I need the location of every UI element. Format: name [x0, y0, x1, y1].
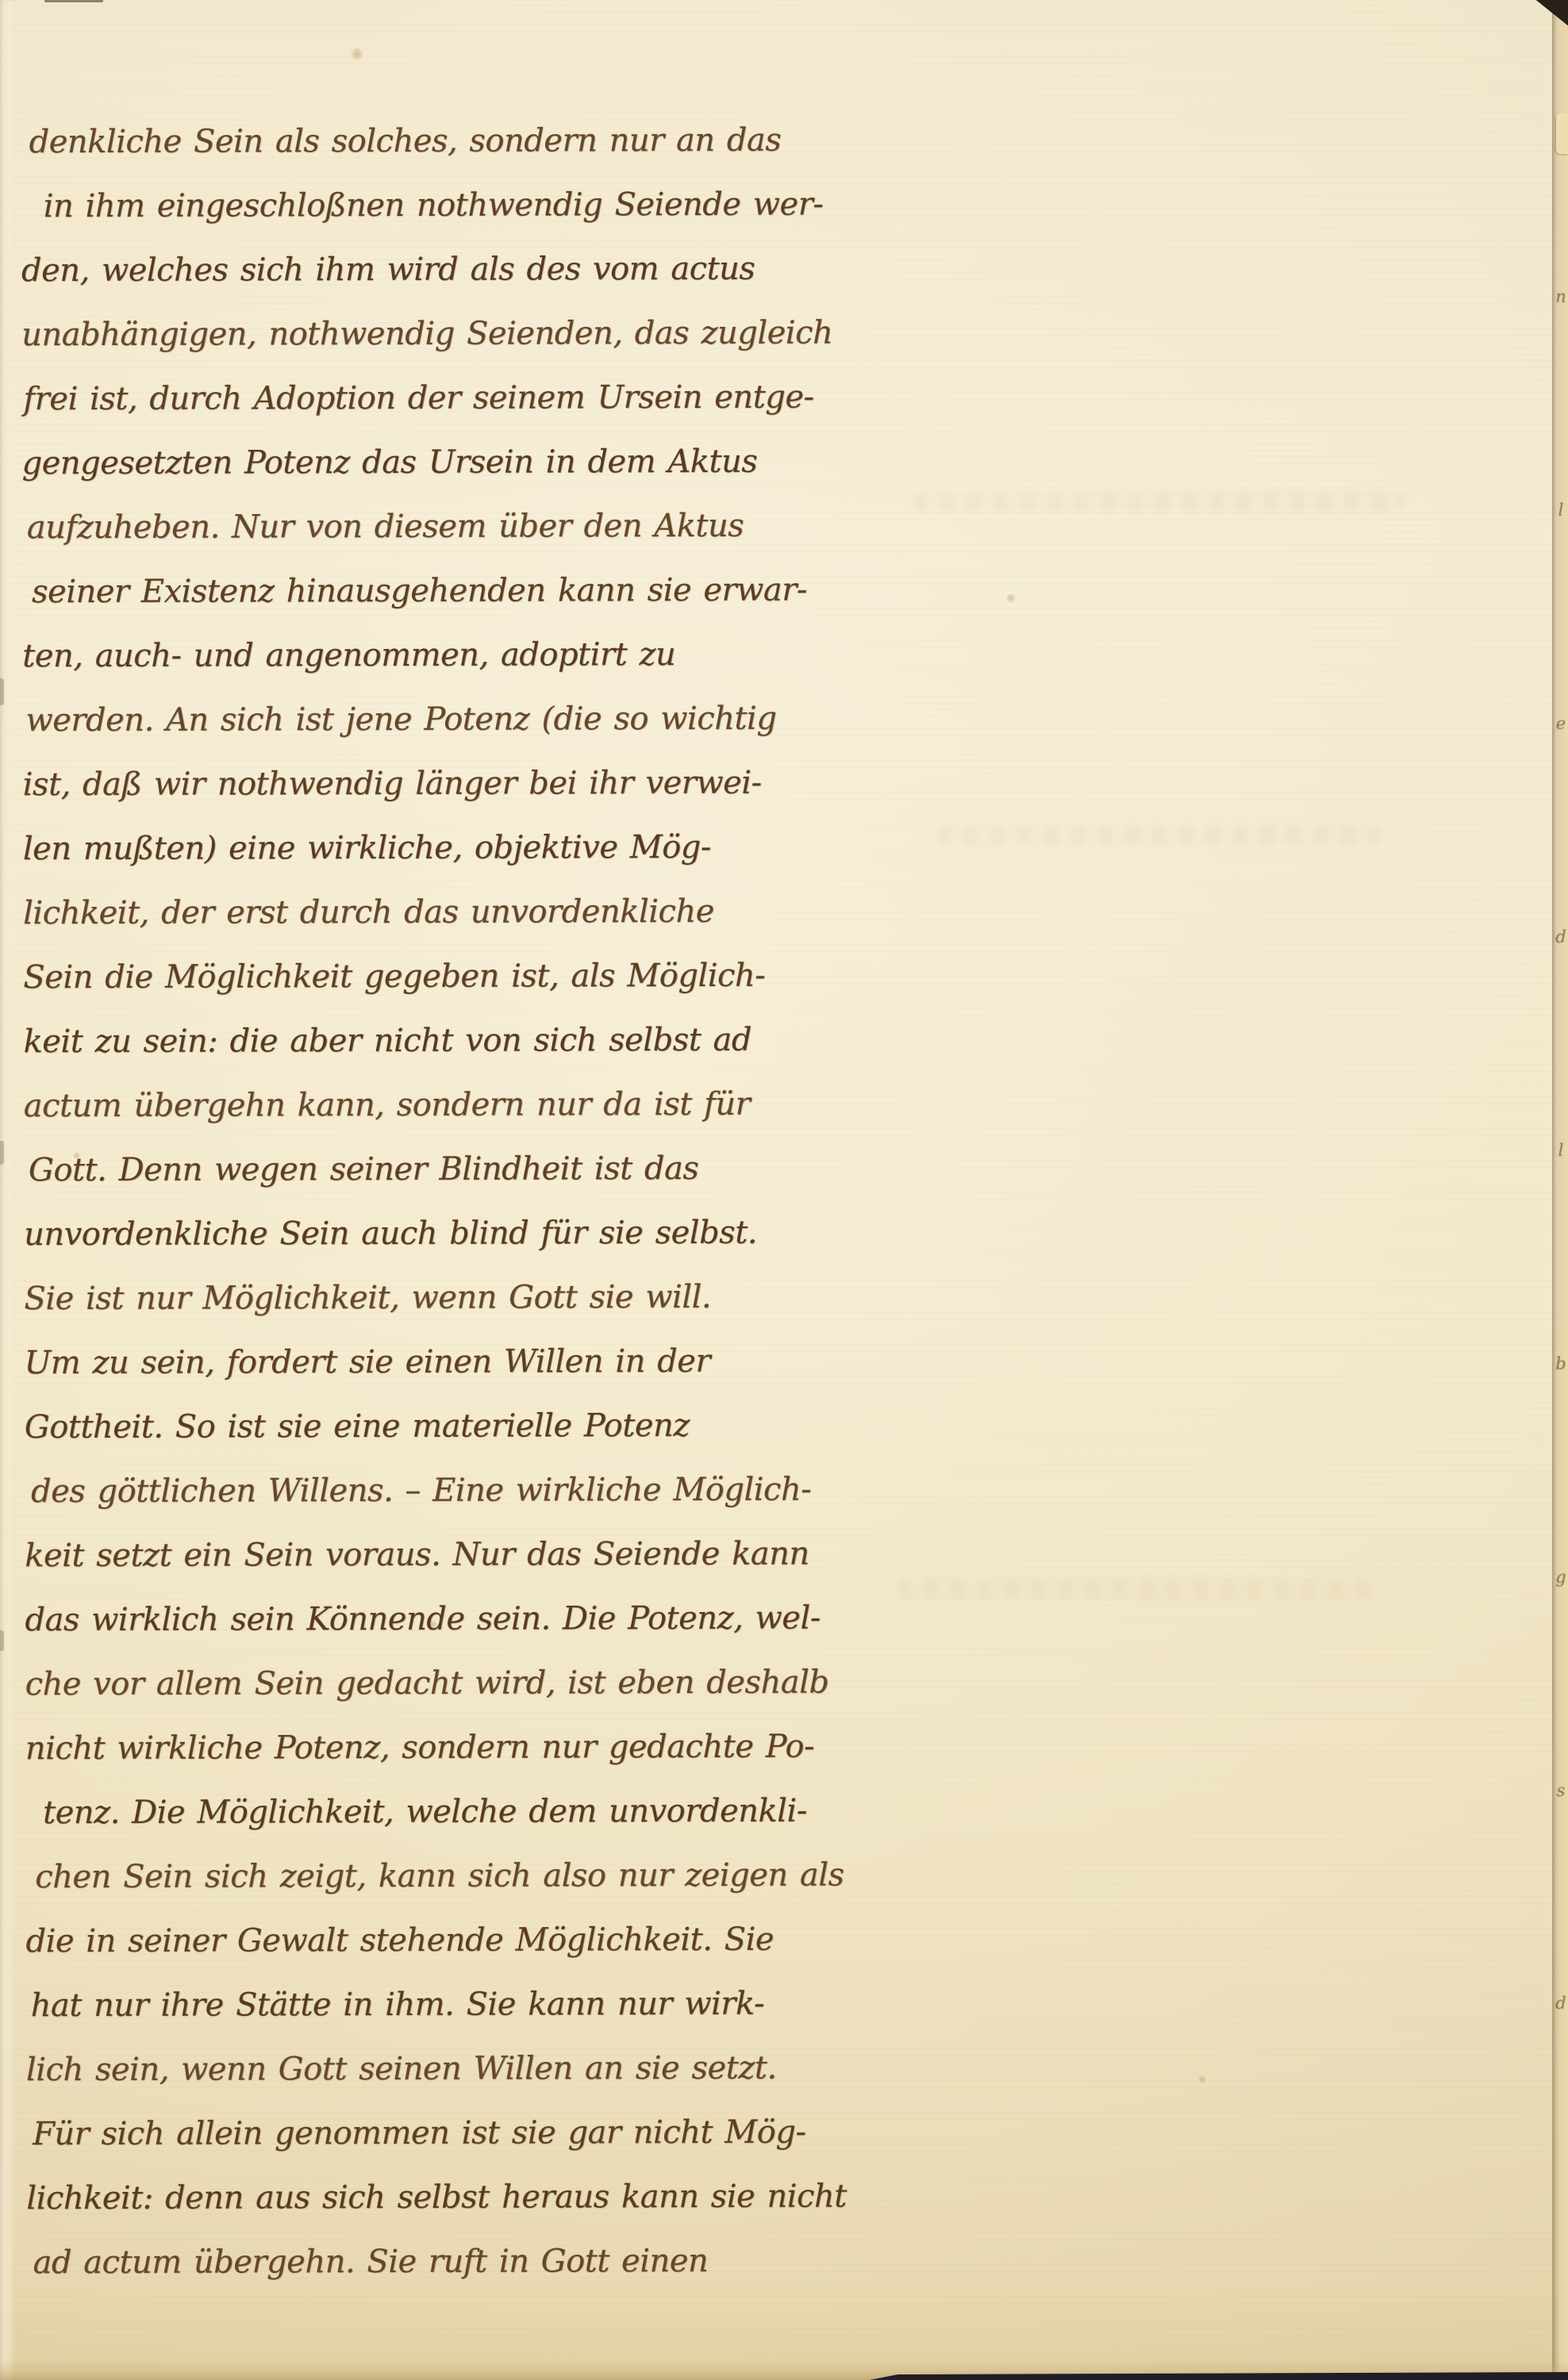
manuscript-line: die in seiner Gewalt stehende Möglichkei… [25, 1908, 787, 1975]
manuscript-line: unabhängigen, nothwendig Seienden, das z… [21, 301, 783, 368]
manuscript-line: das wirklich sein Könnende sein. Die Pot… [25, 1587, 786, 1653]
manuscript-line: ad actum übergehn. Sie ruft in Gott eine… [33, 2229, 788, 2295]
manuscript-line: seiner Existenz hinausgehenden kann sie … [32, 559, 784, 624]
manuscript-line: Gottheit. So ist sie eine materielle Pot… [25, 1394, 786, 1461]
manuscript-line: gengesetzten Potenz das Ursein in dem Ak… [21, 430, 783, 497]
photographed-book-spread: denkliche Sein als solches, sondern nur … [0, 0, 1568, 2380]
photo-top-edge-shadow [44, 0, 103, 2]
manuscript-line: tenz. Die Möglichkeit, welche dem unvord… [43, 1779, 787, 1845]
manuscript-line: Gott. Denn wegen seiner Blindheit ist da… [29, 1137, 786, 1203]
manuscript-line: frei ist, durch Adoption der seinem Urse… [23, 366, 783, 432]
manuscript-line: Sein die Möglichkeit gegeben ist, als Mö… [23, 944, 785, 1011]
ink-showthrough [936, 825, 1381, 846]
edge-glyph: n [1555, 287, 1566, 306]
manuscript-line: keit setzt ein Sein voraus. Nur das Seie… [25, 1522, 786, 1589]
next-page-edge-writing: n l e d l b g s d [1555, 190, 1567, 2110]
next-page-edge-sliver: n l e d l b g s d [1552, 0, 1568, 2380]
manuscript-line: aufzuheben. Nur von diesem über den Aktu… [27, 494, 784, 560]
manuscript-line: chen Sein sich zeigt, kann sich also nur… [35, 1844, 787, 1910]
manuscript-line: lich sein, wenn Gott seinen Willen an si… [26, 2036, 788, 2103]
manuscript-line: lichkeit, der erst durch das unvordenkli… [23, 880, 785, 946]
manuscript-line: des göttlichen Willens. – Eine wirkliche… [31, 1458, 786, 1524]
edge-glyph: s [1557, 1781, 1566, 1800]
manuscript-text-block: denkliche Sein als solches, sondern nur … [21, 109, 788, 2296]
manuscript-line: unvordenkliche Sein auch blind für sie s… [24, 1201, 786, 1268]
manuscript-line: werden. An sich ist jene Potenz (die so … [25, 687, 784, 754]
left-edge-tear-mark [0, 1141, 4, 1165]
manuscript-line: lichkeit: denn aus sich selbst heraus ka… [26, 2165, 788, 2232]
edge-glyph: l [1558, 1141, 1564, 1160]
manuscript-line: in ihm eingeschloßnen nothwendig Seiende… [44, 173, 783, 239]
foxing-spot [1006, 593, 1016, 603]
page-left-deckle-edge [0, 0, 16, 2380]
manuscript-line: denkliche Sein als solches, sondern nur … [29, 109, 782, 175]
edge-glyph: g [1555, 1568, 1566, 1587]
manuscript-line: Für sich allein genommen ist sie gar nic… [33, 2101, 788, 2167]
edge-glyph: b [1555, 1354, 1566, 1373]
manuscript-line: ten, auch- und angenommen, adoptirt zu [22, 623, 784, 689]
manuscript-line: hat nur ihre Stätte in ihm. Sie kann nur… [31, 1972, 788, 2038]
manuscript-line: Sie ist nur Möglichkeit, wenn Gott sie w… [24, 1265, 786, 1332]
manuscript-line: keit zu sein: die aber nicht von sich se… [23, 1008, 785, 1075]
manuscript-line: nicht wirkliche Potenz, sondern nur geda… [25, 1715, 787, 1782]
ink-showthrough [897, 1579, 1373, 1599]
manuscript-line: len mußten) eine wirkliche, objektive Mö… [23, 816, 785, 882]
edge-glyph: d [1555, 927, 1566, 946]
manuscript-line: actum übergehn kann, sondern nur da ist … [24, 1073, 786, 1139]
edge-glyph: e [1556, 714, 1566, 733]
manuscript-line: Um zu sein, fordert sie einen Willen in … [24, 1330, 786, 1396]
manuscript-line: ist, daß wir nothwendig länger bei ihr v… [23, 751, 785, 818]
foxing-spot [351, 48, 363, 60]
ink-showthrough [913, 492, 1405, 512]
page-edge-tab [1556, 113, 1568, 154]
left-edge-tear-mark [0, 1630, 4, 1651]
edge-glyph: l [1558, 501, 1564, 520]
edge-glyph: d [1555, 1994, 1566, 2013]
manuscript-line: den, welches sich ihm wird als des vom a… [21, 237, 783, 304]
manuscript-line: che vor allem Sein gedacht wird, ist ebe… [25, 1651, 786, 1718]
left-edge-tear-mark [0, 678, 4, 705]
foxing-spot [1198, 2075, 1206, 2083]
